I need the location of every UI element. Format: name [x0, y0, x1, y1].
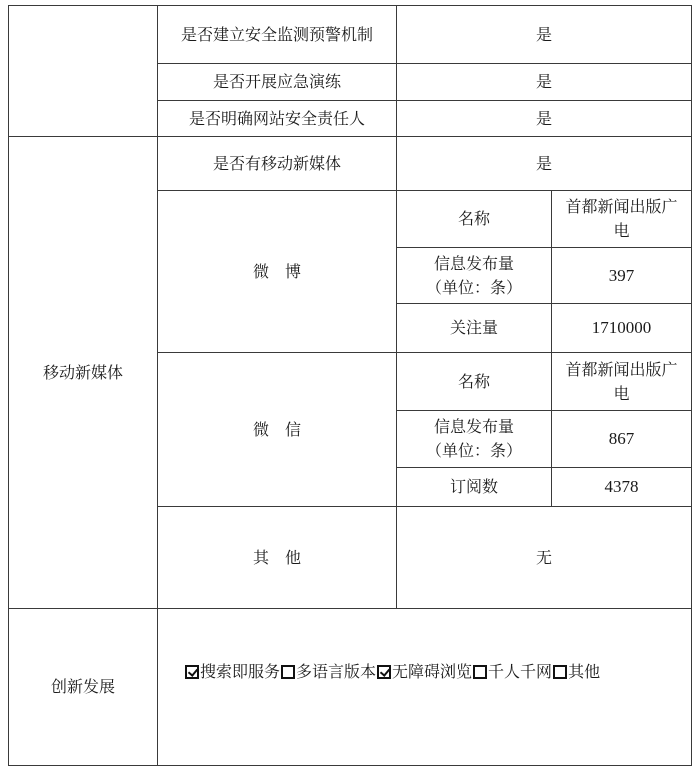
- wechat-name-value: 首都新闻出版广电: [551, 352, 692, 411]
- weibo-name-value-text: 首都新闻出版广电: [564, 195, 679, 243]
- drill-value-text: 是: [536, 70, 552, 94]
- has-mobile-media-value-text: 是: [536, 152, 552, 176]
- drill-label: 是否开展应急演练: [157, 63, 397, 101]
- innovation-options: 搜索即服务 多语言版本 无障碍浏览 千人千网 其他: [184, 660, 600, 684]
- innovation-section-text: 创新发展: [51, 675, 115, 699]
- monitoring-label: 是否建立安全监测预警机制: [157, 5, 397, 64]
- responsible-person-value-text: 是: [536, 107, 552, 131]
- drill-value: 是: [396, 63, 692, 101]
- weibo-followers-label: 关注量: [396, 303, 552, 353]
- weibo-followers-value-text: 1710000: [592, 316, 652, 340]
- weibo-name-label-text: 名称: [458, 207, 490, 231]
- wechat-posts-value: 867: [551, 410, 692, 468]
- responsible-person-label: 是否明确网站安全责任人: [157, 100, 397, 137]
- has-mobile-media-label: 是否有移动新媒体: [157, 136, 397, 191]
- wechat-subscribers-value-text: 4378: [605, 475, 639, 499]
- weibo-posts-label: 信息发布量（单位：条）: [396, 247, 552, 304]
- option-label-search-service: 搜索即服务: [200, 660, 280, 684]
- checkbox-other[interactable]: [553, 665, 567, 679]
- wechat-subscribers-label-text: 订阅数: [450, 475, 498, 499]
- responsible-person-value: 是: [396, 100, 692, 137]
- monitoring-value: 是: [396, 5, 692, 64]
- responsible-person-label-text: 是否明确网站安全责任人: [189, 107, 365, 131]
- wechat-label-text: 微 信: [253, 418, 301, 442]
- website-report-table: 是否建立安全监测预警机制 是 是否开展应急演练 是 是否明确网站安全责任人 是 …: [8, 5, 692, 766]
- weibo-posts-label-text: 信息发布量（单位：条）: [419, 252, 529, 300]
- monitoring-value-text: 是: [536, 23, 552, 47]
- has-mobile-media-value: 是: [396, 136, 692, 191]
- innovation-options-cell: 搜索即服务 多语言版本 无障碍浏览 千人千网 其他: [157, 608, 692, 766]
- has-mobile-media-label-text: 是否有移动新媒体: [213, 152, 341, 176]
- option-label-multilingual: 多语言版本: [296, 660, 376, 684]
- other-media-value-text: 无: [536, 546, 552, 570]
- wechat-subscribers-label: 订阅数: [396, 467, 552, 507]
- wechat-posts-value-text: 867: [609, 427, 635, 451]
- weibo-followers-label-text: 关注量: [450, 316, 498, 340]
- wechat-label: 微 信: [157, 352, 397, 507]
- drill-label-text: 是否开展应急演练: [213, 70, 341, 94]
- weibo-followers-value: 1710000: [551, 303, 692, 353]
- checkbox-personalized[interactable]: [473, 665, 487, 679]
- wechat-name-label: 名称: [396, 352, 552, 411]
- weibo-posts-value: 397: [551, 247, 692, 304]
- weibo-name-value: 首都新闻出版广电: [551, 190, 692, 248]
- wechat-posts-label: 信息发布量（单位：条）: [396, 410, 552, 468]
- checkbox-accessibility[interactable]: [377, 665, 391, 679]
- weibo-name-label: 名称: [396, 190, 552, 248]
- option-label-accessibility: 无障碍浏览: [392, 660, 472, 684]
- checkbox-search-service[interactable]: [185, 665, 199, 679]
- mobile-media-section-label: 移动新媒体: [8, 136, 158, 609]
- mobile-media-section-text: 移动新媒体: [43, 361, 123, 385]
- monitoring-label-text: 是否建立安全监测预警机制: [181, 23, 373, 47]
- option-label-personalized: 千人千网: [488, 660, 552, 684]
- other-media-label-text: 其 他: [253, 546, 301, 570]
- other-media-value: 无: [396, 506, 692, 609]
- wechat-name-label-text: 名称: [458, 370, 490, 394]
- wechat-posts-label-text: 信息发布量（单位：条）: [419, 415, 529, 463]
- wechat-name-value-text: 首都新闻出版广电: [564, 358, 679, 406]
- option-label-other: 其他: [568, 660, 600, 684]
- other-media-label: 其 他: [157, 506, 397, 609]
- wechat-subscribers-value: 4378: [551, 467, 692, 507]
- weibo-label-text: 微 博: [253, 260, 301, 284]
- weibo-posts-value-text: 397: [609, 264, 635, 288]
- security-section-cell: [8, 5, 158, 137]
- innovation-section-label: 创新发展: [8, 608, 158, 766]
- weibo-label: 微 博: [157, 190, 397, 353]
- checkbox-multilingual[interactable]: [281, 665, 295, 679]
